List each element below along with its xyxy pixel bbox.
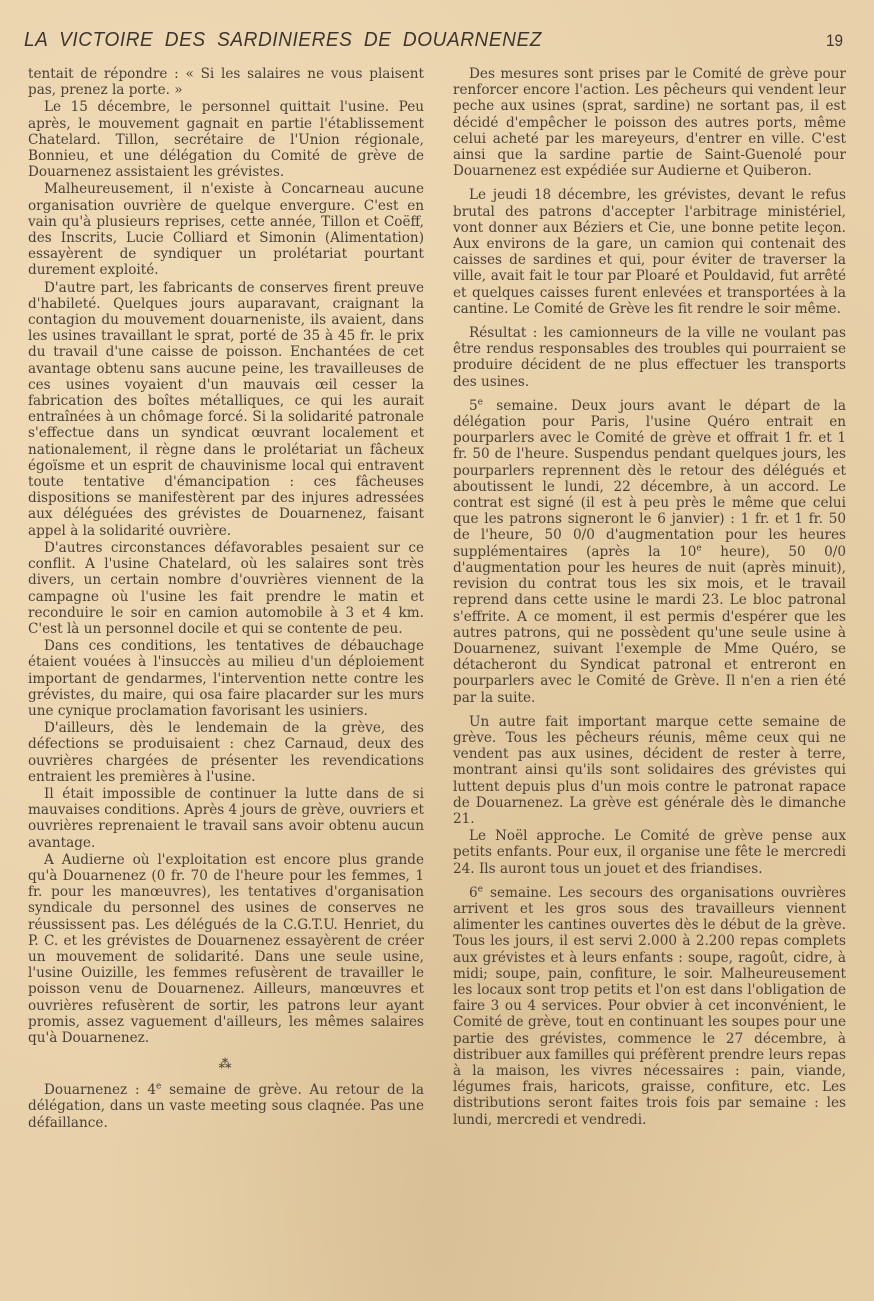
running-head: LA VICTOIRE DES SARDINIERES DE DOUARNENE…: [24, 28, 844, 52]
paragraph: tentait de répondre : « Si les salaires …: [28, 66, 424, 98]
week6-paragraph: 6e semaine. Les secours des organisation…: [453, 885, 846, 1128]
paragraph: D'ailleurs, dès le lendemain de la grève…: [28, 720, 424, 785]
running-title: LA VICTOIRE DES SARDINIERES DE DOUARNENE…: [24, 28, 542, 52]
paragraph: Le Noël approche. Le Comité de grève pen…: [453, 828, 846, 877]
week5-text: semaine. Deux jours avant le départ de l…: [453, 398, 846, 560]
week-number: 6: [469, 885, 478, 901]
asterism-divider: ⁂: [28, 1060, 424, 1070]
week-number: 4: [147, 1082, 156, 1098]
paragraph: Le 15 décembre, le personnel quittait l'…: [28, 99, 424, 180]
paragraph: D'autre part, les fabricants de conserve…: [28, 280, 424, 539]
asterism-glyph: ⁂: [28, 1060, 424, 1070]
week5-text-cont: heure), 50 0/0 d'augmentation pour les h…: [453, 544, 846, 706]
paragraph: Un autre fait important marque cette sem…: [453, 714, 846, 827]
ordinal-suffix: e: [478, 397, 483, 407]
paragraph: D'autres circonstances défavorables pesa…: [28, 540, 424, 637]
closing-paragraph: Douarnenez : 4e semaine de grève. Au ret…: [28, 1082, 424, 1131]
paragraph: Dans ces conditions, les tentatives de d…: [28, 638, 424, 719]
paragraph: Résultat : les camionneurs de la ville n…: [453, 325, 846, 390]
week-number: 5: [469, 398, 478, 414]
left-column: tentait de répondre : « Si les salaires …: [28, 66, 424, 1131]
closing-place: Douarnenez :: [44, 1082, 140, 1098]
paragraph: A Audierne où l'exploitation est encore …: [28, 852, 424, 1046]
paragraph: Le jeudi 18 décembre, les grévistes, dev…: [453, 187, 846, 317]
week5-paragraph: 5e semaine. Deux jours avant le départ d…: [453, 398, 846, 706]
document-page: LA VICTOIRE DES SARDINIERES DE DOUARNENE…: [0, 0, 874, 1301]
paragraph: Malheureusement, il n'existe à Concarnea…: [28, 181, 424, 278]
ordinal-suffix: e: [696, 543, 701, 553]
page-number: 19: [826, 31, 843, 51]
week6-text: semaine. Les secours des organisations o…: [453, 885, 846, 1128]
ordinal-suffix: e: [156, 1082, 161, 1092]
paragraph: Des mesures sont prises par le Comité de…: [453, 66, 846, 179]
ordinal-suffix: e: [478, 884, 483, 894]
paragraph: Il était impossible de continuer la lutt…: [28, 786, 424, 851]
right-column: Des mesures sont prises par le Comité de…: [453, 66, 846, 1128]
